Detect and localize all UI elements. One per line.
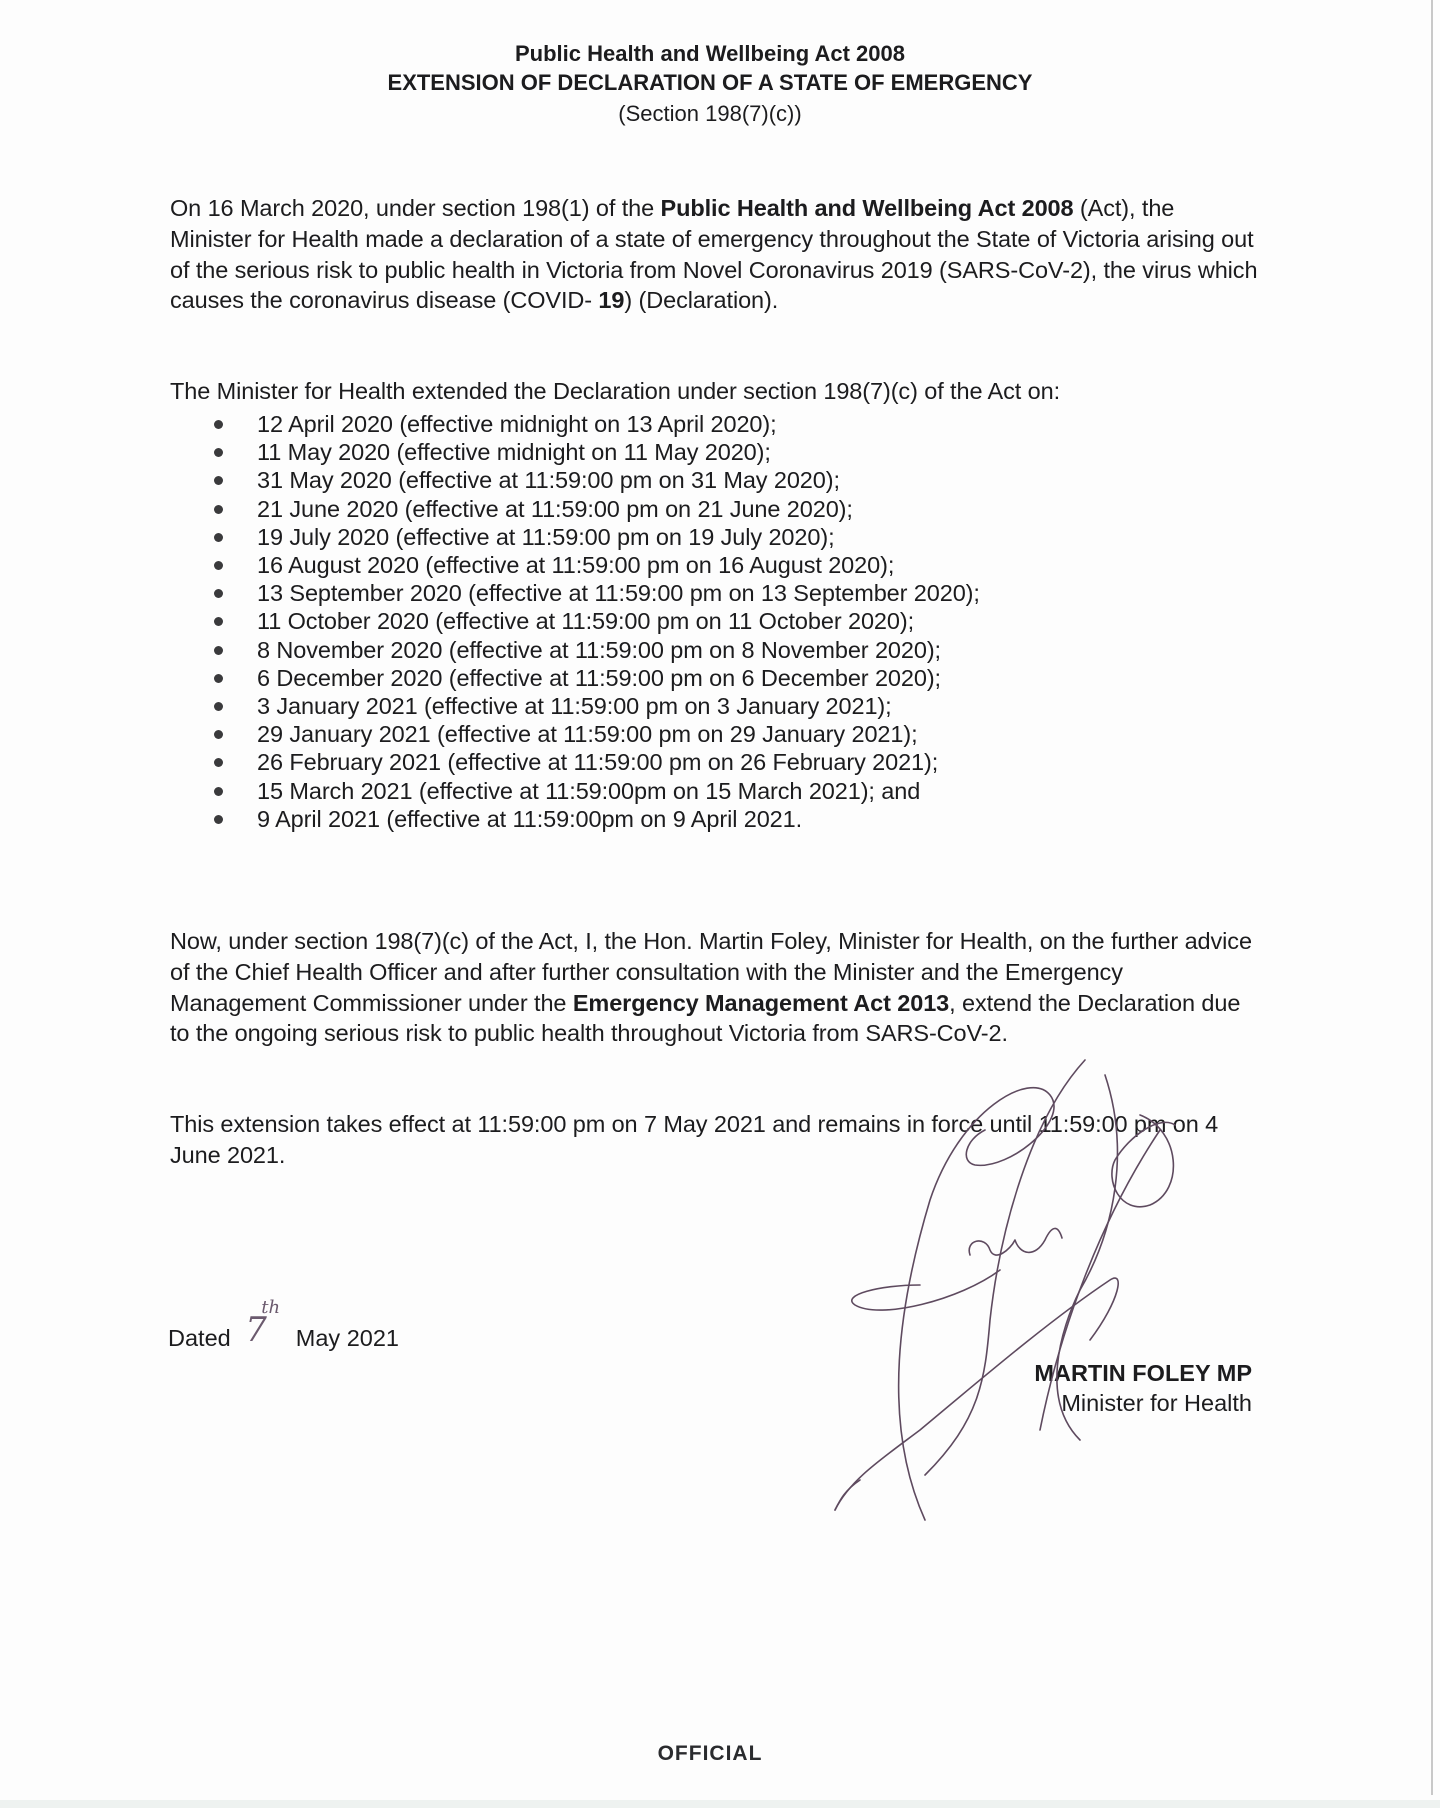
bullet-icon [214, 702, 223, 711]
handwritten-date: 7 th [237, 1323, 289, 1353]
covid-number-bold: 19 [598, 287, 624, 313]
paragraph-extensions-intro: The Minister for Health extended the Dec… [170, 376, 1260, 407]
bullet-icon [214, 505, 223, 514]
extension-dates-list: 12 April 2020 (effective midnight on 13 … [170, 410, 1270, 833]
dated-line: Dated 7 th May 2021 [168, 1323, 399, 1353]
extension-date-text: 19 July 2020 (effective at 11:59:00 pm o… [257, 524, 835, 550]
extension-list-item: 21 June 2020 (effective at 11:59:00 pm o… [170, 495, 1270, 523]
paragraph1-text-a: On 16 March 2020, under section 198(1) o… [170, 195, 661, 221]
extension-list-item: 11 May 2020 (effective midnight on 11 Ma… [170, 438, 1270, 466]
paragraph1-text-c: ) (Declaration). [624, 287, 778, 313]
extension-list-item: 15 March 2021 (effective at 11:59:00pm o… [170, 777, 1270, 805]
paragraph-effective-period: This extension takes effect at 11:59:00 … [170, 1109, 1260, 1171]
extension-date-text: 29 January 2021 (effective at 11:59:00 p… [257, 721, 918, 747]
bullet-icon [214, 589, 223, 598]
extension-date-text: 21 June 2020 (effective at 11:59:00 pm o… [257, 496, 853, 522]
bullet-icon [214, 787, 223, 796]
bullet-icon [214, 674, 223, 683]
extension-list-item: 29 January 2021 (effective at 11:59:00 p… [170, 720, 1270, 748]
extension-list-item: 31 May 2020 (effective at 11:59:00 pm on… [170, 466, 1270, 494]
extension-list-item: 9 April 2021 (effective at 11:59:00pm on… [170, 805, 1270, 833]
bullet-icon [214, 758, 223, 767]
bullet-icon [214, 420, 223, 429]
document-header: Public Health and Wellbeing Act 2008 EXT… [0, 40, 1420, 130]
signatory-title: Minister for Health [1061, 1388, 1252, 1418]
bullet-icon [214, 476, 223, 485]
classification-footer: OFFICIAL [0, 1742, 1420, 1766]
paragraph-original-declaration: On 16 March 2020, under section 198(1) o… [170, 193, 1260, 316]
extension-date-text: 15 March 2021 (effective at 11:59:00pm o… [257, 778, 920, 804]
act-name-bold: Public Health and Wellbeing Act 2008 [661, 195, 1074, 221]
extension-date-text: 11 October 2020 (effective at 11:59:00 p… [257, 608, 914, 634]
bullet-icon [214, 617, 223, 626]
extension-list-item: 16 August 2020 (effective at 11:59:00 pm… [170, 551, 1270, 579]
bullet-icon [214, 730, 223, 739]
extension-list-item: 19 July 2020 (effective at 11:59:00 pm o… [170, 523, 1270, 551]
extension-date-text: 31 May 2020 (effective at 11:59:00 pm on… [257, 467, 840, 493]
extension-list-item: 13 September 2020 (effective at 11:59:00… [170, 579, 1270, 607]
dated-month-year: May 2021 [296, 1325, 399, 1351]
bullet-icon [214, 646, 223, 655]
paragraph-extension-order: Now, under section 198(7)(c) of the Act,… [170, 926, 1260, 1049]
bullet-icon [214, 448, 223, 457]
extension-list-item: 3 January 2021 (effective at 11:59:00 pm… [170, 692, 1270, 720]
extension-date-text: 9 April 2021 (effective at 11:59:00pm on… [257, 806, 802, 832]
extension-date-text: 8 November 2020 (effective at 11:59:00 p… [257, 637, 941, 663]
act-title: Public Health and Wellbeing Act 2008 [0, 40, 1420, 68]
emergency-act-bold: Emergency Management Act 2013 [573, 990, 949, 1016]
handwritten-day-suffix: th [261, 1293, 280, 1323]
extension-date-text: 3 January 2021 (effective at 11:59:00 pm… [257, 693, 892, 719]
extension-date-text: 16 August 2020 (effective at 11:59:00 pm… [257, 552, 894, 578]
scan-bottom-edge [0, 1800, 1440, 1808]
bullet-icon [214, 533, 223, 542]
document-page: Public Health and Wellbeing Act 2008 EXT… [0, 0, 1440, 1808]
extension-date-text: 11 May 2020 (effective midnight on 11 Ma… [257, 439, 771, 465]
extension-list-item: 8 November 2020 (effective at 11:59:00 p… [170, 636, 1270, 664]
bullet-icon [214, 561, 223, 570]
extension-date-text: 12 April 2020 (effective midnight on 13 … [257, 411, 777, 437]
extension-list-item: 11 October 2020 (effective at 11:59:00 p… [170, 607, 1270, 635]
extension-list-item: 26 February 2021 (effective at 11:59:00 … [170, 748, 1270, 776]
extension-date-text: 13 September 2020 (effective at 11:59:00… [257, 580, 980, 606]
scan-edge-line [1431, 0, 1433, 1795]
extension-date-text: 6 December 2020 (effective at 11:59:00 p… [257, 665, 941, 691]
dated-label: Dated [168, 1325, 231, 1351]
extension-date-text: 26 February 2021 (effective at 11:59:00 … [257, 749, 938, 775]
extension-list-item: 12 April 2020 (effective midnight on 13 … [170, 410, 1270, 438]
signatory-name: MARTIN FOLEY MP [1034, 1358, 1252, 1388]
section-reference: (Section 198(7)(c)) [0, 98, 1420, 130]
bullet-icon [214, 815, 223, 824]
document-title: EXTENSION OF DECLARATION OF A STATE OF E… [0, 68, 1420, 98]
extension-list-item: 6 December 2020 (effective at 11:59:00 p… [170, 664, 1270, 692]
